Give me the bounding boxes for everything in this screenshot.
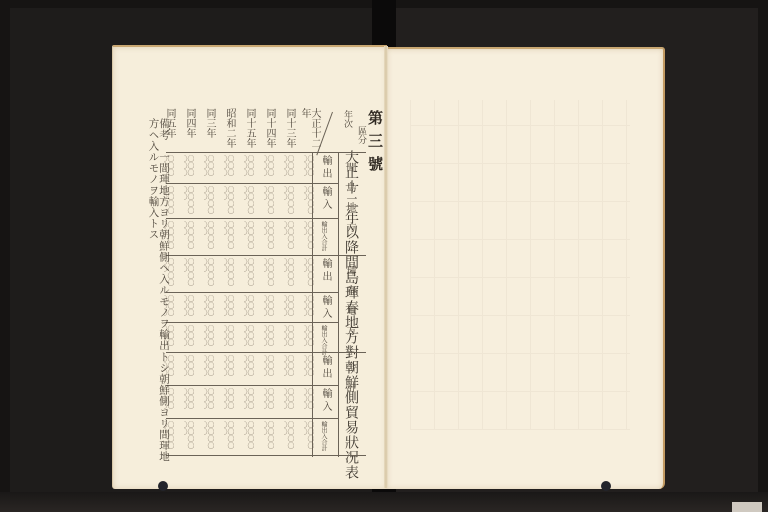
table-cell: 〇〇〇〇〇〇 <box>224 155 234 180</box>
row-rule <box>166 455 366 456</box>
table-cell: 〇〇〇〇〇〇 <box>244 421 254 452</box>
table-cell: 〇〇〇〇〇〇 <box>224 421 234 452</box>
table-cell: 〇〇〇〇〇〇 <box>244 325 254 349</box>
table-cell: 〇〇〇〇〇〇 <box>264 295 274 319</box>
year-header: 昭和二年 <box>218 108 240 152</box>
table-cell: 〇〇〇〇〇〇 <box>204 388 214 415</box>
corner-year-label: 年次 <box>342 110 351 128</box>
table-cell: 〇〇〇〇〇〇 <box>304 258 314 289</box>
table-cell: 〇〇〇〇〇〇 <box>204 155 214 180</box>
remarks-note: 備考 一間琿地方ヨリ朝鮮側ヘ入ルモノヲ輸出トシ朝鮮側ヨリ間琿地方ヘ入ルモノヲ輸入… <box>148 118 169 468</box>
table-cell: 〇〇〇〇〇〇 <box>304 388 314 415</box>
table-cell: 〇〇〇〇〇〇 <box>284 421 294 452</box>
table-cell: 〇〇〇〇〇〇 <box>244 388 254 415</box>
binding-hole-right <box>601 481 611 491</box>
year-header: 大正十二年 <box>298 108 320 152</box>
row-rule <box>166 385 338 386</box>
table-cell: 〇〇〇〇〇〇 <box>204 421 214 452</box>
table-cell: 〇〇〇〇〇〇 <box>204 221 214 252</box>
book-spine <box>384 46 388 488</box>
table-cell: 〇〇〇〇〇〇 <box>284 221 294 252</box>
table-cell: 〇〇〇〇〇〇 <box>284 155 294 180</box>
trade-table: 年次 區分 大正十二年同十三年同十四年同十五年昭和二年同三年同四年同五年輸出〇〇… <box>172 108 370 458</box>
table-cell: 〇〇〇〇〇〇 <box>224 325 234 349</box>
row-label: 輸入 <box>320 295 330 321</box>
table-cell: 〇〇〇〇〇〇 <box>204 186 214 215</box>
table-cell: 〇〇〇〇〇〇 <box>224 388 234 415</box>
row-rule <box>166 255 366 256</box>
table-cell: 〇〇〇〇〇〇 <box>244 258 254 289</box>
table-cell: 〇〇〇〇〇〇 <box>284 186 294 215</box>
table-cell: 〇〇〇〇〇〇 <box>264 221 274 252</box>
row-label: 輸入 <box>320 388 330 414</box>
binding-hole-left <box>158 481 168 491</box>
table-cell: 〇〇〇〇〇〇 <box>184 186 194 215</box>
table-cell: 〇〇〇〇〇〇 <box>244 221 254 252</box>
table-cell: 〇〇〇〇〇〇 <box>304 421 314 452</box>
table-header-rule <box>166 152 366 153</box>
table-cell: 〇〇〇〇〇〇 <box>264 186 274 215</box>
row-label: 輸出入合計 <box>320 221 326 251</box>
row-rule <box>166 218 338 219</box>
table-cell: 〇〇〇〇〇〇 <box>284 325 294 349</box>
label-card <box>732 502 762 512</box>
row-label: 輸出入合計 <box>320 421 326 451</box>
table-cell: 〇〇〇〇〇〇 <box>224 186 234 215</box>
table-cell: 〇〇〇〇〇〇 <box>244 355 254 382</box>
region-label: 合計 <box>344 362 354 402</box>
table-cell: 〇〇〇〇〇〇 <box>204 355 214 382</box>
table-cell: 〇〇〇〇〇〇 <box>184 221 194 252</box>
table-cell: 〇〇〇〇〇〇 <box>184 325 194 349</box>
table-cell: 〇〇〇〇〇〇 <box>304 155 314 180</box>
table-cell: 〇〇〇〇〇〇 <box>264 258 274 289</box>
row-label: 輸出 <box>320 258 330 284</box>
table-cell: 〇〇〇〇〇〇 <box>184 295 194 319</box>
table-cell: 〇〇〇〇〇〇 <box>204 258 214 289</box>
table-cell: 〇〇〇〇〇〇 <box>284 258 294 289</box>
table-cell: 〇〇〇〇〇〇 <box>224 355 234 382</box>
table-cell: 〇〇〇〇〇〇 <box>204 325 214 349</box>
row-rule <box>166 418 338 419</box>
table-cell: 〇〇〇〇〇〇 <box>184 258 194 289</box>
table-cell: 〇〇〇〇〇〇 <box>224 221 234 252</box>
bleed-through-grid <box>410 100 630 430</box>
table-cell: 〇〇〇〇〇〇 <box>284 388 294 415</box>
row-label: 輸入 <box>320 186 330 212</box>
table-cell: 〇〇〇〇〇〇 <box>284 295 294 319</box>
table-cell: 〇〇〇〇〇〇 <box>184 155 194 180</box>
row-rule <box>166 352 366 353</box>
table-cell: 〇〇〇〇〇〇 <box>184 388 194 415</box>
region-label: 間島地方 <box>344 162 354 242</box>
table-cell: 〇〇〇〇〇〇 <box>304 325 314 349</box>
table-cell: 〇〇〇〇〇〇 <box>264 421 274 452</box>
region-header-divider <box>338 152 339 457</box>
table-cell: 〇〇〇〇〇〇 <box>284 355 294 382</box>
table-cell: 〇〇〇〇〇〇 <box>224 295 234 319</box>
table-cell: 〇〇〇〇〇〇 <box>304 221 314 252</box>
table-cell: 〇〇〇〇〇〇 <box>184 421 194 452</box>
table-cell: 〇〇〇〇〇〇 <box>264 388 274 415</box>
row-rule <box>166 292 338 293</box>
table-cell: 〇〇〇〇〇〇 <box>264 355 274 382</box>
year-header: 同三年 <box>198 108 220 152</box>
table-cell: 〇〇〇〇〇〇 <box>304 186 314 215</box>
row-rule <box>166 322 338 323</box>
table-cell: 〇〇〇〇〇〇 <box>244 186 254 215</box>
year-header: 同十三年 <box>278 108 300 152</box>
region-label: 琿春地方 <box>344 265 354 345</box>
row-rule <box>166 183 338 184</box>
year-header: 同十五年 <box>238 108 260 152</box>
table-cell: 〇〇〇〇〇〇 <box>264 155 274 180</box>
row-label: 輸出入合計 <box>320 325 326 355</box>
table-cell: 〇〇〇〇〇〇 <box>304 295 314 319</box>
year-header: 同十四年 <box>258 108 280 152</box>
floor-strip <box>0 492 768 512</box>
row-label: 輸出 <box>320 155 330 181</box>
year-header: 同四年 <box>178 108 200 152</box>
table-cell: 〇〇〇〇〇〇 <box>244 155 254 180</box>
table-cell: 〇〇〇〇〇〇 <box>264 325 274 349</box>
table-cell: 〇〇〇〇〇〇 <box>184 355 194 382</box>
table-cell: 〇〇〇〇〇〇 <box>244 295 254 319</box>
row-label: 輸出 <box>320 355 330 381</box>
table-cell: 〇〇〇〇〇〇 <box>204 295 214 319</box>
corner-area-label: 區分 <box>356 126 365 144</box>
table-cell: 〇〇〇〇〇〇 <box>304 355 314 382</box>
table-cell: 〇〇〇〇〇〇 <box>224 258 234 289</box>
